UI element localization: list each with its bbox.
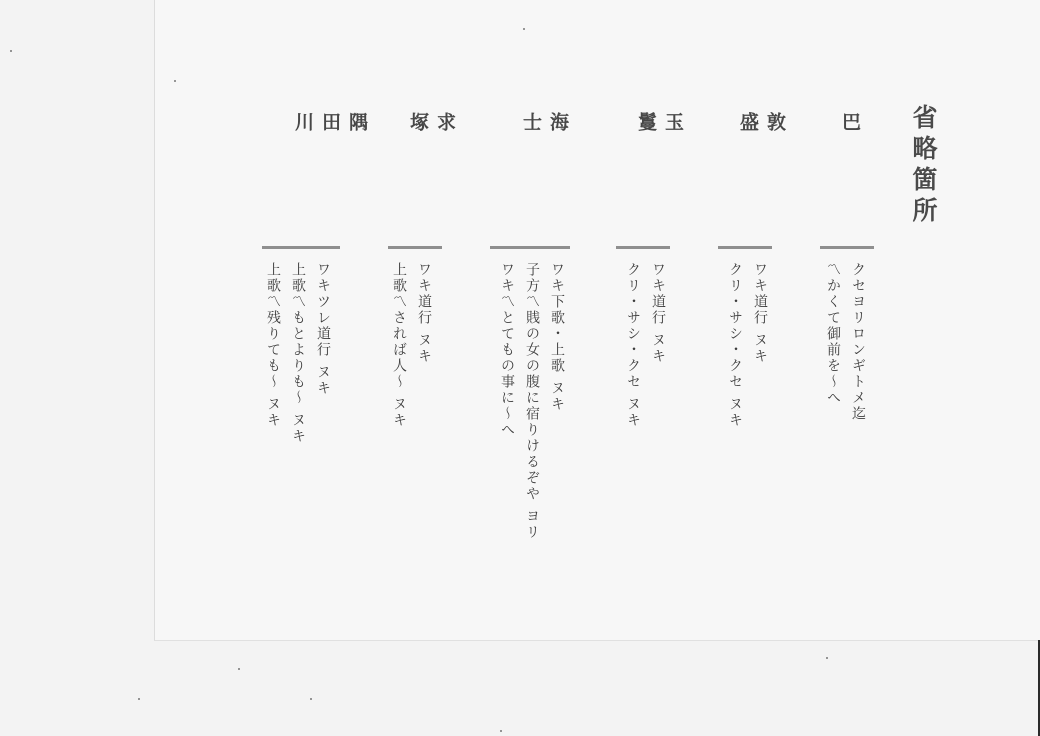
omission-line: ワキ道行 ヌキ [649, 262, 667, 428]
play-title: 隅田川 [290, 112, 371, 160]
scanned-sheet: 省略箇所 巴 クセヨリロンギトメ迄 〽かくて御前を〜へ 敦盛 ワキ道行 ヌキ ク… [0, 0, 1040, 736]
scan-speck [238, 668, 240, 670]
omission-line: 上歌〽されば人〜 ヌキ [390, 262, 408, 428]
omission-line: 子方〽賎の女の腹に宿りけるぞや ヨリ [523, 262, 541, 540]
omission-line: クリ・サシ・クセ ヌキ [726, 262, 744, 428]
scan-speck [174, 80, 176, 82]
omission-line: 〽かくて御前を〜へ [824, 262, 842, 422]
play-title: 敦盛 [735, 112, 789, 193]
section-rule [262, 246, 340, 249]
section-rule [490, 246, 570, 249]
scan-speck [138, 698, 140, 700]
scan-speck [500, 730, 502, 732]
show-through-text [318, 46, 339, 61]
play-title: 玉鬘 [633, 112, 687, 193]
omission-line: 上歌〽もとよりも〜 ヌキ [289, 262, 307, 444]
omission-lines: ワキ道行 ヌキ クリ・サシ・クセ ヌキ [726, 262, 769, 428]
scan-speck [310, 698, 312, 700]
omission-lines: ワキツレ道行 ヌキ 上歌〽もとよりも〜 ヌキ 上歌〽残りても〜 ヌキ [264, 262, 332, 444]
play-title: 巴 [837, 112, 864, 131]
omission-line: ワキ道行 ヌキ [751, 262, 769, 428]
scan-speck [523, 28, 525, 30]
scan-speck [10, 50, 12, 52]
omission-lines: ワキ道行 ヌキ クリ・サシ・クセ ヌキ [624, 262, 667, 428]
section-rule [718, 246, 772, 249]
omission-line: 上歌〽残りても〜 ヌキ [264, 262, 282, 444]
omission-lines: ワキ下歌・上歌 ヌキ 子方〽賎の女の腹に宿りけるぞや ヨリ ワキ〽とてもの事に〜… [498, 262, 566, 540]
play-title: 海士 [518, 112, 572, 193]
omission-line: クリ・サシ・クセ ヌキ [624, 262, 642, 428]
omission-line: ワキ道行 ヌキ [415, 262, 433, 428]
omission-lines: クセヨリロンギトメ迄 〽かくて御前を〜へ [824, 262, 867, 422]
scan-speck [826, 657, 828, 659]
omission-line: ワキツレ道行 ヌキ [314, 262, 332, 444]
omission-line: ワキ下歌・上歌 ヌキ [548, 262, 566, 540]
omission-line: クセヨリロンギトメ迄 [849, 262, 867, 422]
page-title: 省略箇所 [905, 104, 941, 228]
play-title: 求塚 [405, 112, 459, 193]
section-rule [616, 246, 670, 249]
section-rule [820, 246, 874, 249]
omission-line: ワキ〽とてもの事に〜へ [498, 262, 516, 540]
section-rule [388, 246, 442, 249]
omission-lines: ワキ道行 ヌキ 上歌〽されば人〜 ヌキ [390, 262, 433, 428]
